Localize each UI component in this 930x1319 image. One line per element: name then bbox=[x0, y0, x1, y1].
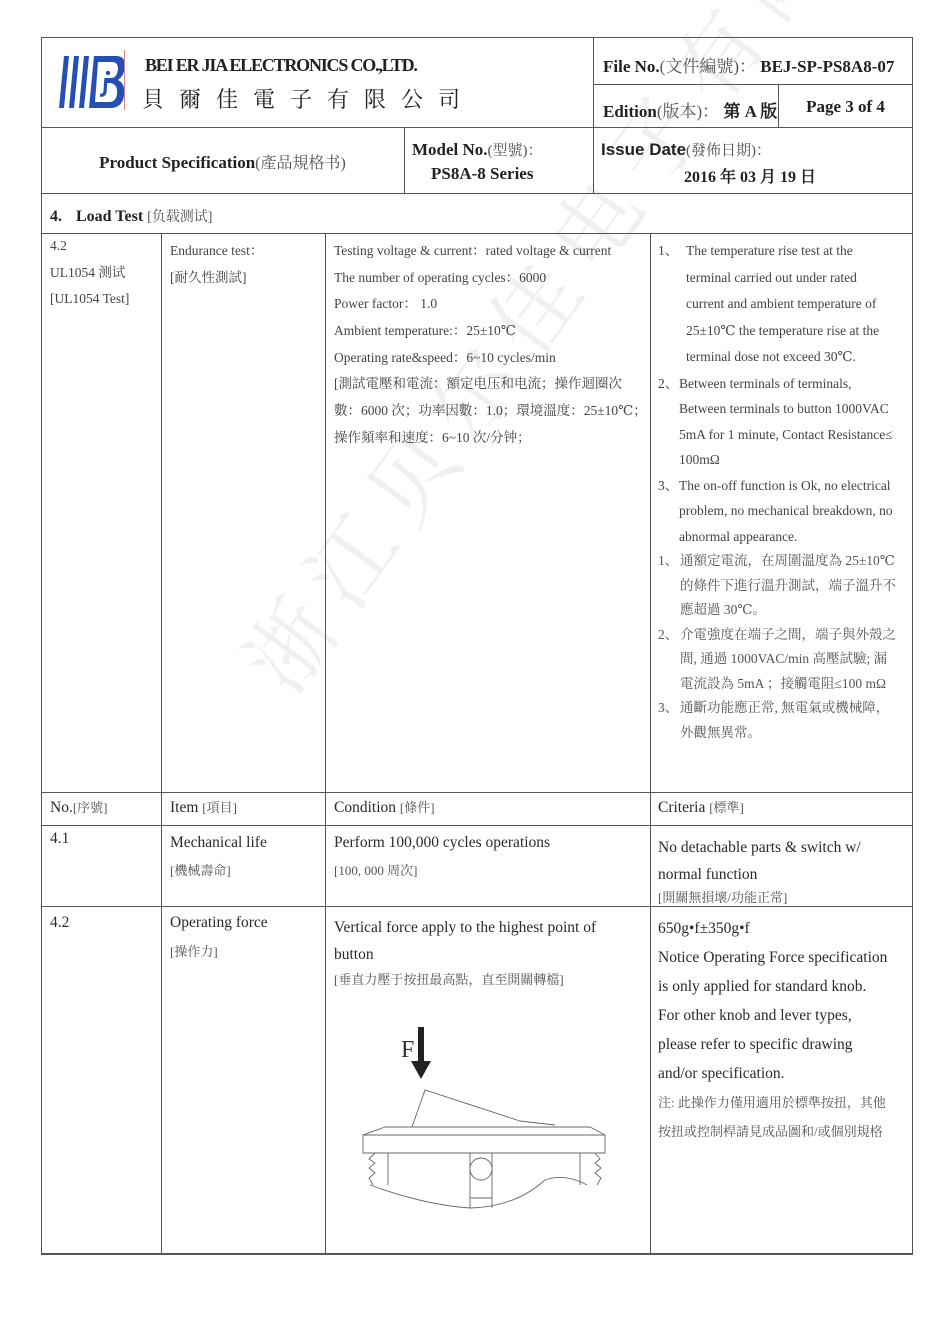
endurance-condition-line: Ambient temperature:：25±10℃ bbox=[334, 318, 647, 345]
criteria-line: terminal carried out under rated bbox=[658, 265, 906, 292]
row-41-item: Mechanical life bbox=[170, 834, 267, 852]
frame-top bbox=[41, 37, 913, 38]
page-number: Page 3 of 4 bbox=[779, 97, 912, 117]
model-label-cn: (型號)： bbox=[488, 143, 543, 159]
endurance-condition-line: [測試電壓和電流：額定电压和电流；操作迴圈次 bbox=[334, 371, 647, 398]
product-spec-title: Product Specification(產品規格书) bbox=[41, 150, 404, 173]
criteria-line: 5mA for 1 minute, Contact Resistance≤ bbox=[658, 422, 906, 448]
criteria-line: 3、The on-off function is Ok, no electric… bbox=[658, 473, 906, 499]
file-no: File No.(文件編號)： BEJ-SP-PS8A8-07 bbox=[603, 52, 894, 77]
section-number: 4. bbox=[50, 208, 62, 225]
criteria-line: 3、 通斷功能應正常, 無電氣或機械障， bbox=[658, 696, 906, 721]
edition-label: Edition bbox=[603, 102, 657, 121]
endurance-condition-line: Testing voltage & current：rated voltage … bbox=[334, 238, 647, 265]
criteria-line: 2、Between terminals of terminals, bbox=[658, 371, 906, 397]
product-spec-label-cn: (產品規格书) bbox=[255, 155, 346, 172]
company-name-en: BEI ER JIA ELECTRONICS CO.,LTD. bbox=[145, 55, 417, 76]
section-title: 4. Load Test [负载测试] bbox=[50, 206, 212, 226]
criteria-line: Between terminals to button 1000VAC bbox=[658, 396, 906, 422]
section-title-cn: [负载测试] bbox=[147, 210, 212, 225]
rocker-switch-drawing bbox=[355, 1025, 615, 1215]
endurance-condition: Testing voltage & current：rated voltage … bbox=[334, 238, 647, 452]
issue-date-label-cn: (發佈日期)： bbox=[686, 143, 771, 159]
row-42-item-cn: [操作力] bbox=[170, 941, 218, 960]
section-title-label: Load Test bbox=[76, 208, 143, 225]
row-42-condition: Vertical force apply to the highest poin… bbox=[334, 914, 596, 992]
section-hline bbox=[41, 233, 913, 234]
logo-divider bbox=[124, 50, 125, 110]
criteria-line: 應超過 30℃。 bbox=[658, 598, 906, 623]
criteria-line: 25±10℃ the temperature rise at the bbox=[658, 318, 906, 345]
endurance-item-line: Endurance test： bbox=[170, 238, 263, 265]
col-header-criteria: Criteria [標準] bbox=[658, 797, 744, 817]
model-value: PS8A-8 Series bbox=[431, 164, 533, 184]
endurance-criteria: 1、The temperature rise test at thetermin… bbox=[658, 238, 906, 745]
row-42-criteria: 650g•f±350g•f Notice Operating Force spe… bbox=[658, 914, 887, 1146]
file-no-label: File No. bbox=[603, 57, 660, 76]
criteria-line: 1、通額定電流，在周圍溫度為 25±10℃ bbox=[658, 549, 906, 574]
criteria-line: abnormal appearance. bbox=[658, 524, 906, 550]
col-line-2 bbox=[325, 233, 326, 1254]
endurance-condition-line: The number of operating cycles：6000 bbox=[334, 265, 647, 292]
row-line-2 bbox=[41, 825, 913, 826]
model-no: Model No.(型號)： bbox=[412, 139, 543, 160]
header-hline-1 bbox=[593, 84, 913, 85]
header-hline-3 bbox=[41, 193, 913, 194]
criteria-line: 100mΩ bbox=[658, 447, 906, 473]
criteria-number: 2、 bbox=[658, 371, 678, 397]
criteria-number: 1、 bbox=[658, 238, 678, 265]
edition-label-cn: (版本)： bbox=[657, 102, 719, 121]
file-no-value: BEJ-SP-PS8A8-07 bbox=[760, 57, 894, 76]
criteria-number: 3、 bbox=[658, 696, 678, 721]
row-41-item-cn: [機械壽命] bbox=[170, 860, 231, 879]
product-spec-label: Product Specification bbox=[99, 153, 255, 172]
frame-left bbox=[41, 37, 42, 1254]
header-hline-2 bbox=[41, 127, 913, 128]
frame-bottom bbox=[41, 1253, 913, 1255]
endurance-no-line: UL1054 测试 bbox=[50, 260, 129, 287]
row-41-condition: Perform 100,000 cycles operations bbox=[334, 834, 550, 852]
criteria-line: 2、介電強度在端子之間，端子與外殼之 bbox=[658, 623, 906, 648]
force-label: F bbox=[401, 1037, 414, 1064]
col-line-1 bbox=[161, 233, 162, 1254]
criteria-line: problem, no mechanical breakdown, no bbox=[658, 498, 906, 524]
row-line-1 bbox=[41, 792, 913, 793]
criteria-line: 間, 通過 1000VAC/min 高壓試驗; 漏 bbox=[658, 647, 906, 672]
endurance-no-line: 4.2 bbox=[50, 233, 129, 260]
company-logo bbox=[58, 54, 130, 115]
row-41-no: 4.1 bbox=[50, 830, 69, 848]
endurance-condition-line: 操作頻率和速度：6~10 次/分钟； bbox=[334, 425, 647, 452]
file-no-label-cn: (文件編號)： bbox=[660, 57, 756, 76]
edition-value: 第 A 版 bbox=[723, 102, 777, 121]
criteria-line: 1、The temperature rise test at the bbox=[658, 238, 906, 265]
endurance-condition-line: 數：6000 次；功率因數：1.0；環境溫度：25±10℃； bbox=[334, 398, 647, 425]
endurance-no-line: [UL1054 Test] bbox=[50, 286, 129, 313]
criteria-line: current and ambient temperature of bbox=[658, 291, 906, 318]
col-header-item: Item [項目] bbox=[170, 797, 237, 817]
company-name-cn: 貝 爾 佳 電 子 有 限 公 司 bbox=[142, 83, 464, 114]
criteria-line: 的條件下進行溫升測試，端子溫升不 bbox=[658, 574, 906, 599]
row-41-condition-cn: [100, 000 周次] bbox=[334, 860, 417, 879]
criteria-line: 電流設為 5mA ；接觸電阻≤100 mΩ bbox=[658, 672, 906, 697]
logo-icon bbox=[58, 54, 130, 110]
criteria-line: terminal dose not exceed 30℃. bbox=[658, 344, 906, 371]
endurance-no: 4.2UL1054 测试[UL1054 Test] bbox=[50, 233, 129, 313]
issue-date: Issue Date(發佈日期)： bbox=[601, 139, 771, 160]
criteria-number: 3、 bbox=[658, 473, 678, 499]
edition: Edition(版本)： 第 A 版 bbox=[603, 97, 777, 122]
row-41-criteria: No detachable parts & switch w/ normal f… bbox=[658, 834, 861, 908]
criteria-number: 1、 bbox=[658, 549, 678, 574]
issue-date-label: Issue Date bbox=[601, 140, 686, 159]
col-header-no: No.[序號] bbox=[50, 797, 108, 817]
endurance-item: Endurance test：[耐久性測試] bbox=[170, 238, 263, 291]
col-header-condition: Condition [條件] bbox=[334, 797, 435, 817]
criteria-number: 2、 bbox=[658, 623, 678, 648]
model-label: Model No. bbox=[412, 140, 488, 159]
header-divider bbox=[593, 37, 594, 193]
operating-force-figure: F bbox=[355, 1025, 615, 1215]
endurance-item-line: [耐久性測試] bbox=[170, 265, 263, 292]
col-line-3 bbox=[650, 233, 651, 1254]
row-42-no: 4.2 bbox=[50, 914, 69, 932]
criteria-line: 外觀無異常。 bbox=[658, 721, 906, 746]
frame-right bbox=[912, 37, 913, 1254]
issue-date-value: 2016 年 03 月 19 日 bbox=[684, 164, 816, 187]
endurance-condition-line: Power factor： 1.0 bbox=[334, 291, 647, 318]
header-divider-model bbox=[404, 127, 405, 193]
row-42-item: Operating force bbox=[170, 914, 268, 932]
endurance-condition-line: Operating rate&speed：6~10 cycles/min bbox=[334, 345, 647, 372]
